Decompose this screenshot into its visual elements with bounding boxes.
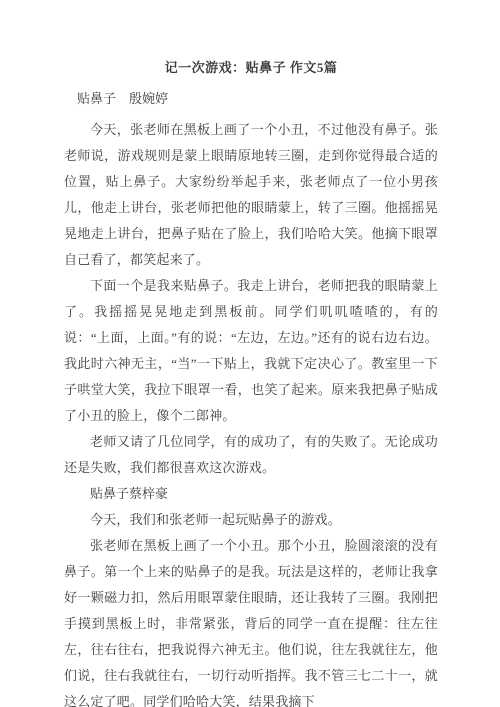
essay-2-paragraph-1: 今天，我们和张老师一起玩贴鼻子的游戏。	[64, 507, 438, 533]
essay-1-paragraph-1: 今天，张老师在黑板上画了一个小丑，不过他没有鼻子。张老师说，游戏规则是蒙上眼睛原…	[64, 117, 438, 273]
essay-1-paragraph-3: 老师又请了几位同学，有的成功了，有的失败了。无论成功还是失败，我们都很喜欢这次游…	[64, 429, 438, 481]
essay-2-paragraph-2: 张老师在黑板上画了一个小丑。那个小丑，脸圆滚滚的没有鼻子。第一个上来的贴鼻子的是…	[64, 533, 438, 707]
essay-2-heading: 贴鼻子蔡梓豪	[64, 481, 438, 507]
document-page: 记一次游戏：贴鼻子 作文5篇 贴鼻子 殷婉婷 今天，张老师在黑板上画了一个小丑，…	[0, 0, 500, 707]
essay-1-paragraph-2: 下面一个是我来贴鼻子。我走上讲台，老师把我的眼睛蒙上了。我摇摇晃晃地走到黑板前。…	[64, 273, 438, 429]
page-title: 记一次游戏：贴鼻子 作文5篇	[64, 55, 438, 81]
essay-1-heading: 贴鼻子 殷婉婷	[64, 86, 438, 112]
